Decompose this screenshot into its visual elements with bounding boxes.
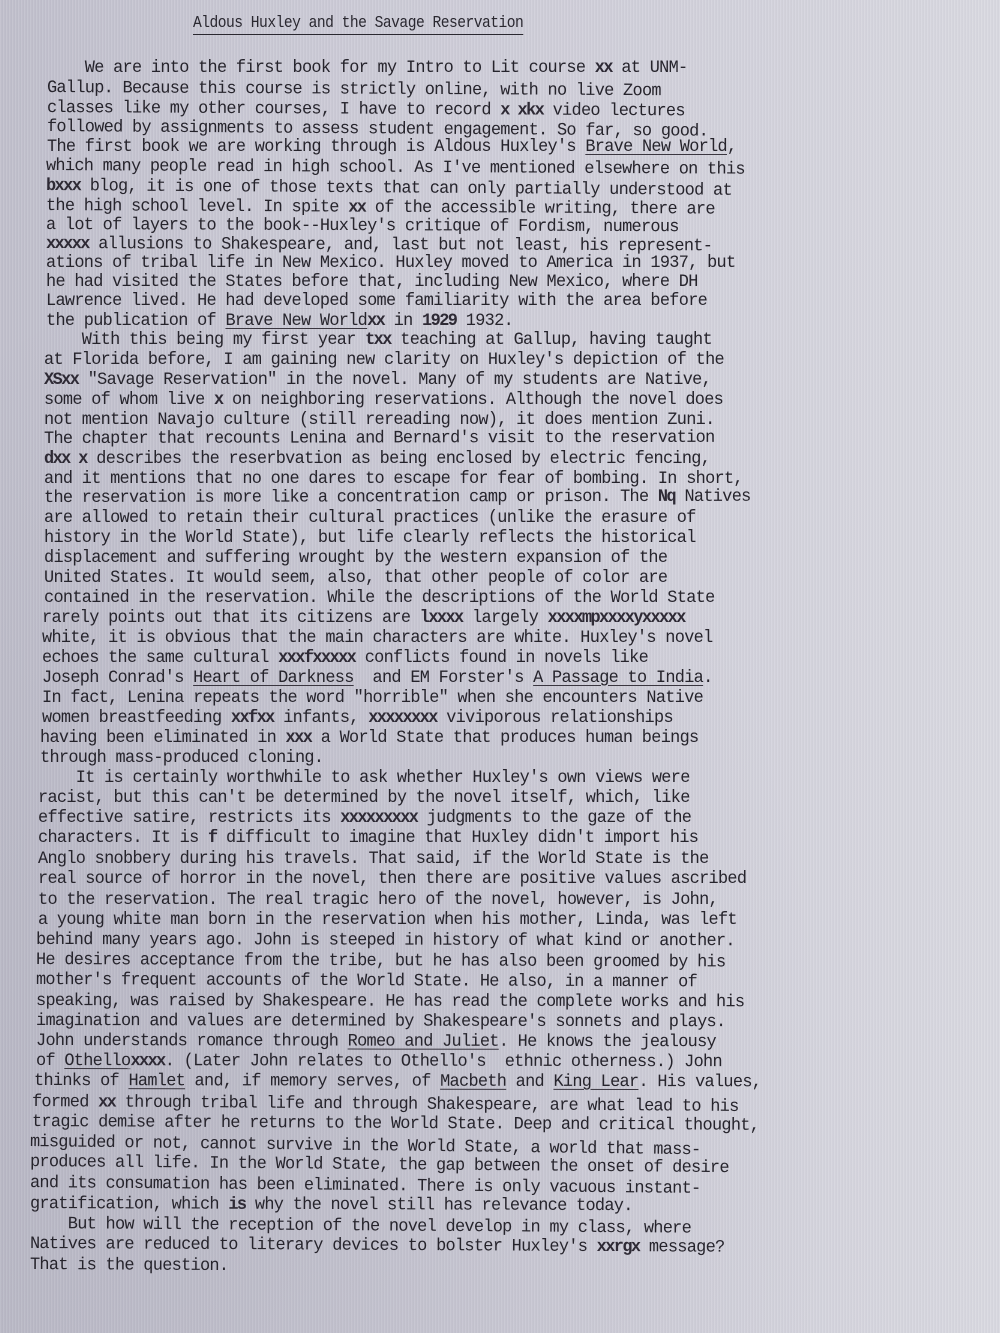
text-line: We are into the first book for my Intro … (47, 59, 687, 79)
text-run: The first book we are working through is… (47, 138, 585, 157)
underlined-title: A Passage to India (533, 669, 703, 688)
struck-out-text: 1929 (422, 312, 456, 331)
text-run: Natives are reduced to literary devices … (30, 1235, 597, 1257)
text-line: John understands romance through Romeo a… (36, 1032, 716, 1053)
text-run: imagination and values are determined by… (36, 1012, 725, 1032)
text-run: the high school level. In spite (46, 197, 348, 218)
text-run: In fact, Lenina repeats the word "horrib… (42, 689, 703, 708)
struck-out-text: xx (98, 1093, 115, 1112)
struck-out-text: xxxxmpxxxxyxxxxx (548, 609, 685, 628)
text-run: he had visited the States before that, i… (46, 273, 698, 292)
text-run: to the reservation. The real tragic hero… (38, 891, 718, 910)
text-line: behind many years ago. John is steeped i… (36, 931, 735, 952)
underlined-title: King Lear (553, 1073, 638, 1092)
struck-out-text: txx (365, 331, 391, 350)
struck-out-text: xxxfxxxxx (278, 649, 355, 668)
text-run: at Florida before, I am gaining new clar… (44, 351, 724, 370)
text-run: on neighboring reservations. Although th… (223, 391, 724, 410)
struck-out-text: xx (348, 199, 365, 218)
text-run: ethnic otherness.) John (495, 1053, 722, 1072)
text-run: which many people read in high school. A… (46, 157, 745, 180)
text-line: Lawrence lived. He had developed some fa… (46, 292, 707, 312)
text-line: Joseph Conrad's Heart of Darkness and EM… (42, 669, 713, 689)
underlined-title: Othello (64, 1052, 130, 1071)
text-line: The first book we are working through is… (47, 138, 736, 158)
text-run: Natives (675, 488, 751, 507)
struck-out-text: xxxxx (46, 235, 89, 254)
underlined-title: Macbeth (440, 1073, 506, 1092)
text-run: The chapter that recounts Lenina and Ber… (44, 429, 715, 449)
struck-out-text: xxrgx (597, 1238, 640, 1257)
text-run: speaking, was raised by Shakespeare. He … (36, 992, 744, 1012)
text-run: Lawrence lived. He had developed some fa… (46, 292, 707, 311)
text-run: . (Later John relates to Othello's (165, 1052, 496, 1072)
underlined-title: Brave New World (585, 138, 727, 157)
text-line: That is the question. (30, 1256, 228, 1277)
struck-out-text: XSxx (44, 371, 78, 390)
text-line: racist, but this can't be determined by … (38, 789, 690, 809)
text-run: , (727, 138, 736, 157)
text-line: effective satire, restricts its xxxxxxxx… (38, 809, 691, 829)
text-run: some of whom live (44, 391, 214, 410)
text-line: he had visited the States before that, i… (46, 273, 698, 293)
text-run: largely (463, 609, 548, 628)
struck-out-text: xxx (286, 729, 312, 748)
text-line: characters. It is f difficult to imagine… (38, 829, 698, 849)
text-line: not mention Navajo culture (still reread… (44, 411, 715, 431)
text-run: why the novel still has relevance today. (245, 1196, 632, 1216)
text-run: video lectures (543, 102, 685, 122)
text-line: a young white man born in the reservatio… (38, 911, 737, 931)
text-run: tragic demise after he returns to the Wo… (32, 1113, 759, 1136)
text-line: ations of tribal life in New Mexico. Hux… (46, 254, 735, 274)
text-run: a World State that produces human beings (311, 729, 698, 748)
text-run: 1932. (456, 312, 513, 331)
text-run: behind many years ago. John is steeped i… (36, 931, 735, 951)
text-run: classes like my other courses, I have to… (47, 99, 500, 120)
text-run: of (36, 1052, 64, 1071)
text-run: displacement and suffering wrought by th… (44, 549, 667, 568)
text-line: XSxx "Savage Reservation" in the novel. … (44, 371, 711, 391)
underlined-title: Hamlet (128, 1072, 185, 1091)
text-run: the publication of (46, 312, 225, 331)
text-run: describes the reserbvation as being encl… (87, 450, 710, 469)
text-run: thinks of (34, 1072, 128, 1091)
text-run: . He knows the jealousy (499, 1033, 716, 1052)
text-run: a lot of layers to the book--Huxley's cr… (46, 216, 679, 237)
text-run: . (703, 669, 712, 688)
struck-out-text: xx (595, 59, 612, 78)
underlined-title: Heart of Darkness (193, 669, 354, 688)
text-line: imagination and values are determined by… (36, 1012, 725, 1033)
text-run: message? (639, 1238, 724, 1257)
text-line: rarely points out that its citizens are … (42, 609, 685, 629)
text-run: . His values, (638, 1073, 761, 1092)
text-line: some of whom live x on neighboring reser… (44, 391, 723, 411)
struck-out-text: is (228, 1196, 245, 1215)
struck-out-text: x (214, 391, 223, 410)
text-run: not mention Navajo culture (still reread… (44, 411, 715, 430)
text-run: He desires acceptance from the tribe, bu… (36, 951, 725, 972)
struck-out-text: lxxxx (420, 609, 463, 628)
text-run: real source of horror in the novel, then… (38, 870, 746, 889)
text-run: and it mentions that no one dares to esc… (44, 470, 743, 489)
text-line: thinks of Hamlet and, if memory serves, … (34, 1072, 761, 1093)
struck-out-text: xxxxxxxxx (340, 809, 417, 828)
text-run: rarely points out that its citizens are (42, 609, 420, 628)
struck-out-text: x xkx (500, 101, 543, 120)
document-title: Aldous Huxley and the Savage Reservation (193, 14, 523, 35)
text-line: He desires acceptance from the tribe, bu… (36, 951, 725, 973)
text-run: racist, but this can't be determined by … (38, 789, 690, 808)
text-run: formed (32, 1093, 98, 1112)
text-run: That is the question. (30, 1256, 228, 1276)
text-run: in (384, 312, 422, 331)
text-run: a young white man born in the reservatio… (38, 911, 737, 930)
text-line: are allowed to retain their cultural pra… (44, 509, 696, 529)
struck-out-text: xxxxxxxx (368, 709, 437, 728)
text-run: effective satire, restricts its (38, 809, 340, 828)
text-run: through mass-produced cloning. (40, 749, 323, 768)
underlined-title: Romeo and Juliet (348, 1033, 499, 1052)
text-run: conflicts found in novels like (355, 649, 648, 668)
text-line: Anglo snobbery during his travels. That … (38, 850, 709, 870)
text-line: United States. It would seem, also, that… (44, 569, 667, 589)
text-line: Natives are reduced to literary devices … (30, 1235, 725, 1259)
text-run: Gallup. Because this course is strictly … (47, 79, 661, 101)
text-run: teaching at Gallup, having taught (391, 331, 712, 350)
text-run: women breastfeeding (42, 709, 231, 728)
struck-out-text: f (208, 829, 217, 848)
text-line: white, it is obvious that the main chara… (42, 629, 713, 649)
text-run: contained in the reservation. While the … (44, 589, 715, 608)
text-line: displacement and suffering wrought by th… (44, 549, 667, 569)
struck-out-text: Nq (658, 488, 675, 507)
text-run: and EM Forster's (354, 669, 533, 688)
text-line: mother's frequent accounts of the World … (36, 971, 697, 993)
text-run: mother's frequent accounts of the World … (36, 971, 697, 992)
underlined-title: Brave New World (225, 312, 367, 331)
text-line: tragic demise after he returns to the Wo… (32, 1113, 759, 1137)
text-line: the publication of Brave New Worldxx in … (46, 312, 513, 332)
text-run: We are into the first book for my Intro … (47, 59, 595, 78)
text-line: the reservation is more like a concentra… (44, 488, 751, 509)
text-line: real source of horror in the novel, then… (38, 870, 746, 890)
text-run: judgments to the gaze of the (417, 809, 691, 828)
text-line: speaking, was raised by Shakespeare. He … (36, 992, 744, 1013)
text-run: infants, (274, 709, 368, 728)
text-line: history in the World State), but life cl… (44, 529, 696, 549)
text-run: having been eliminated in (40, 729, 286, 748)
struck-out-text: xxfxx (231, 709, 274, 728)
struck-out-text: dxx x (44, 450, 87, 469)
text-run: John understands romance through (36, 1032, 348, 1052)
text-line: gratification, which is why the novel st… (30, 1195, 633, 1217)
text-run: United States. It would seem, also, that… (44, 569, 667, 588)
text-run: It is certainly worthwhile to ask whethe… (38, 769, 690, 788)
text-line: at Florida before, I am gaining new clar… (44, 351, 724, 371)
text-run: history in the World State), but life cl… (44, 529, 696, 548)
text-run: white, it is obvious that the main chara… (42, 629, 713, 648)
text-run: With this being my first year (44, 331, 365, 350)
text-line: contained in the reservation. While the … (44, 589, 715, 609)
text-line: dxx x describes the reserbvation as bein… (44, 450, 710, 470)
text-run: at UNM- (612, 59, 688, 78)
text-line: In fact, Lenina repeats the word "horrib… (42, 689, 703, 709)
text-line: having been eliminated in xxx a World St… (40, 729, 698, 749)
text-run: ations of tribal life in New Mexico. Hux… (46, 254, 735, 273)
text-run: viviporous relationships (437, 709, 673, 728)
struck-out-text: xxxx (130, 1052, 164, 1071)
text-run: characters. It is (38, 829, 208, 848)
text-run: and, if memory serves, of (185, 1072, 440, 1091)
text-line: of Othelloxxxx. (Later John relates to O… (36, 1052, 722, 1073)
text-line: With this being my first year txx teachi… (44, 331, 712, 351)
text-line: through mass-produced cloning. (40, 749, 323, 769)
text-run: the reservation is more like a concentra… (44, 488, 658, 508)
text-run: difficult to imagine that Huxley didn't … (217, 829, 699, 848)
text-run: gratification, which (30, 1195, 228, 1215)
text-line: echoes the same cultural xxxfxxxxx confl… (42, 649, 648, 669)
text-run: Joseph Conrad's (42, 669, 193, 688)
text-run: Anglo snobbery during his travels. That … (38, 850, 709, 869)
text-line: The chapter that recounts Lenina and Ber… (44, 429, 715, 450)
text-run: "Savage Reservation" in the novel. Many … (78, 371, 711, 390)
text-line: women breastfeeding xxfxx infants, xxxxx… (42, 709, 673, 729)
text-line: It is certainly worthwhile to ask whethe… (38, 769, 690, 789)
text-line: to the reservation. The real tragic hero… (38, 891, 718, 911)
text-run: echoes the same cultural (42, 649, 278, 668)
text-run: are allowed to retain their cultural pra… (44, 509, 696, 528)
struck-out-text: bxxx (46, 177, 80, 196)
text-run: and (506, 1073, 553, 1092)
struck-out-text: xx (367, 312, 384, 331)
